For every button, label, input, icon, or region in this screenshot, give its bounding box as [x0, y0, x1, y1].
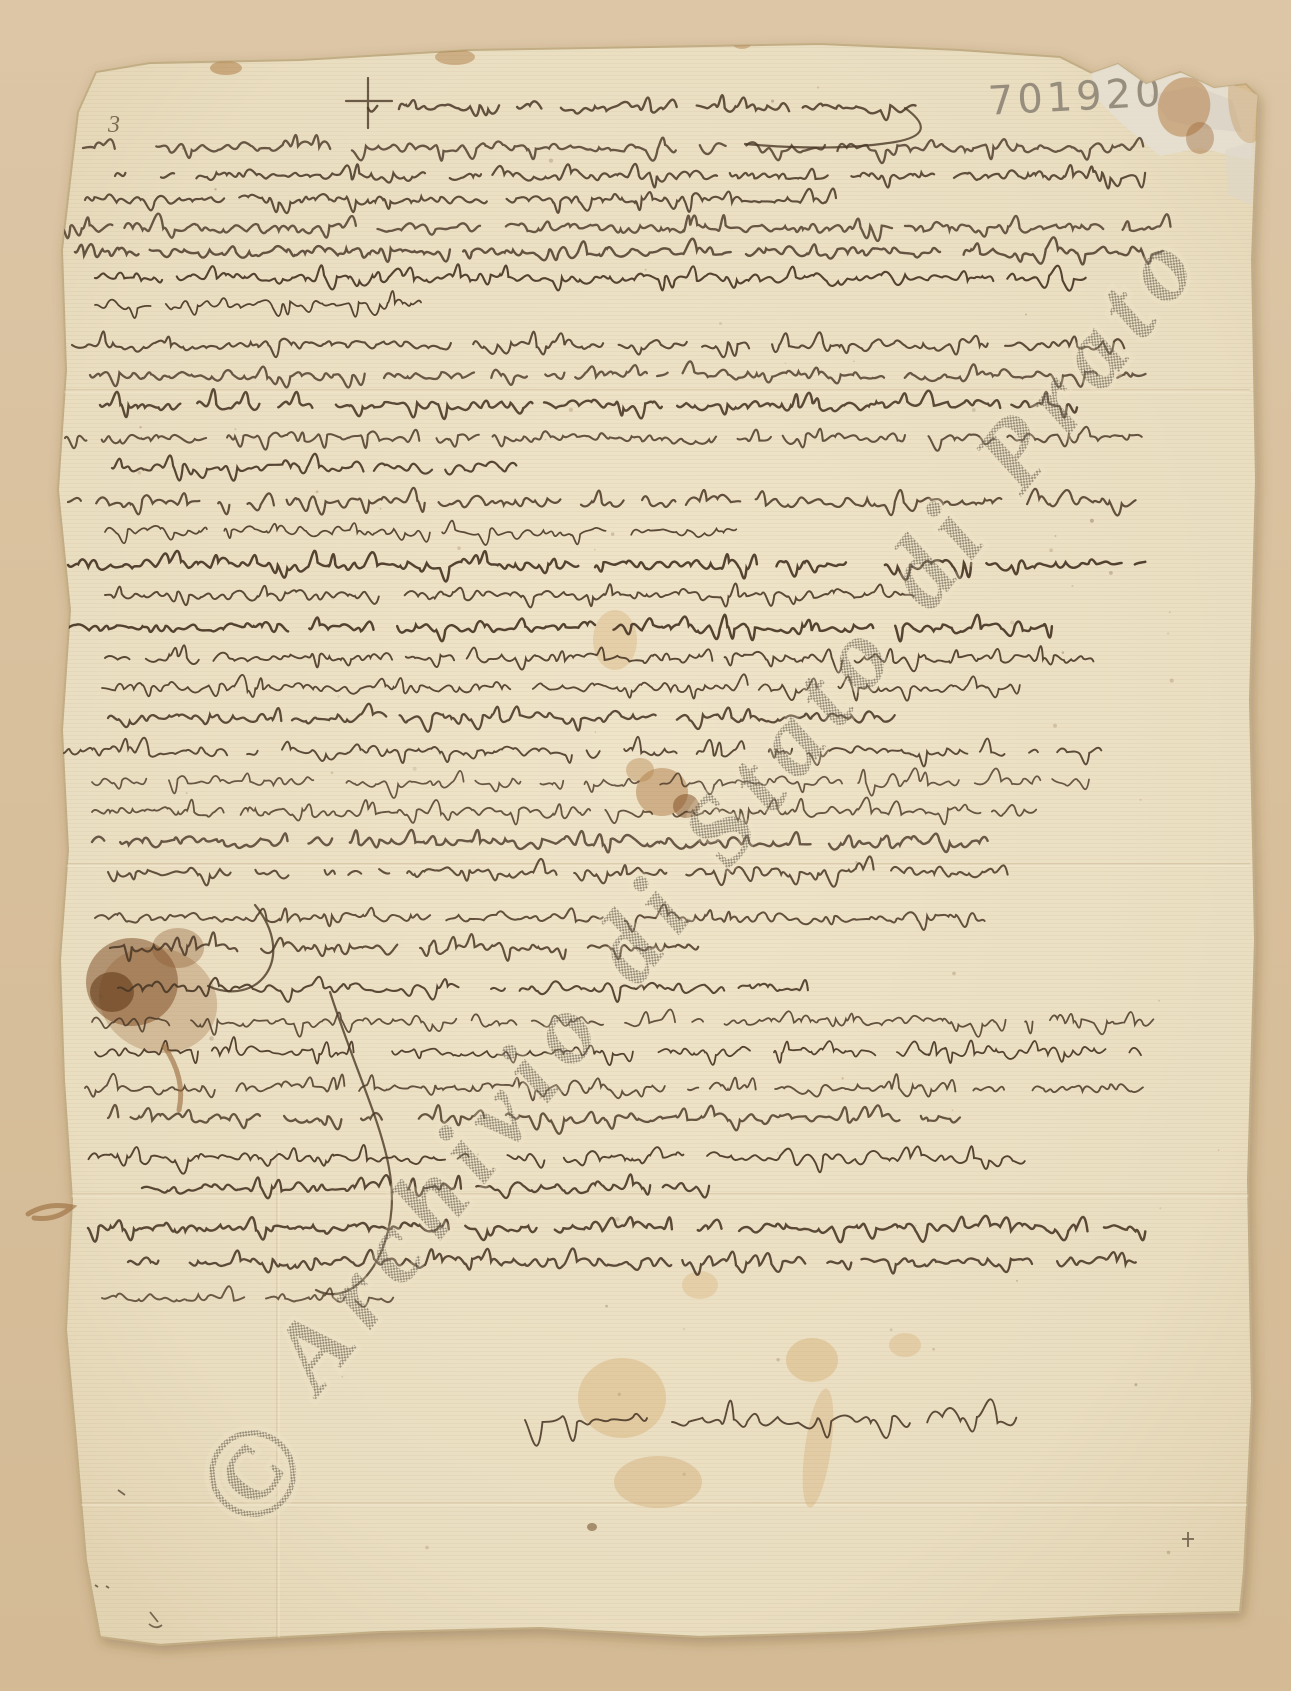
document-scan-svg: 3 701920 © Archivio di Stato di Prato © … [0, 0, 1291, 1691]
page-mark: 3 [107, 112, 120, 138]
scanned-document: 3 701920 © Archivio di Stato di Prato © … [0, 0, 1291, 1691]
